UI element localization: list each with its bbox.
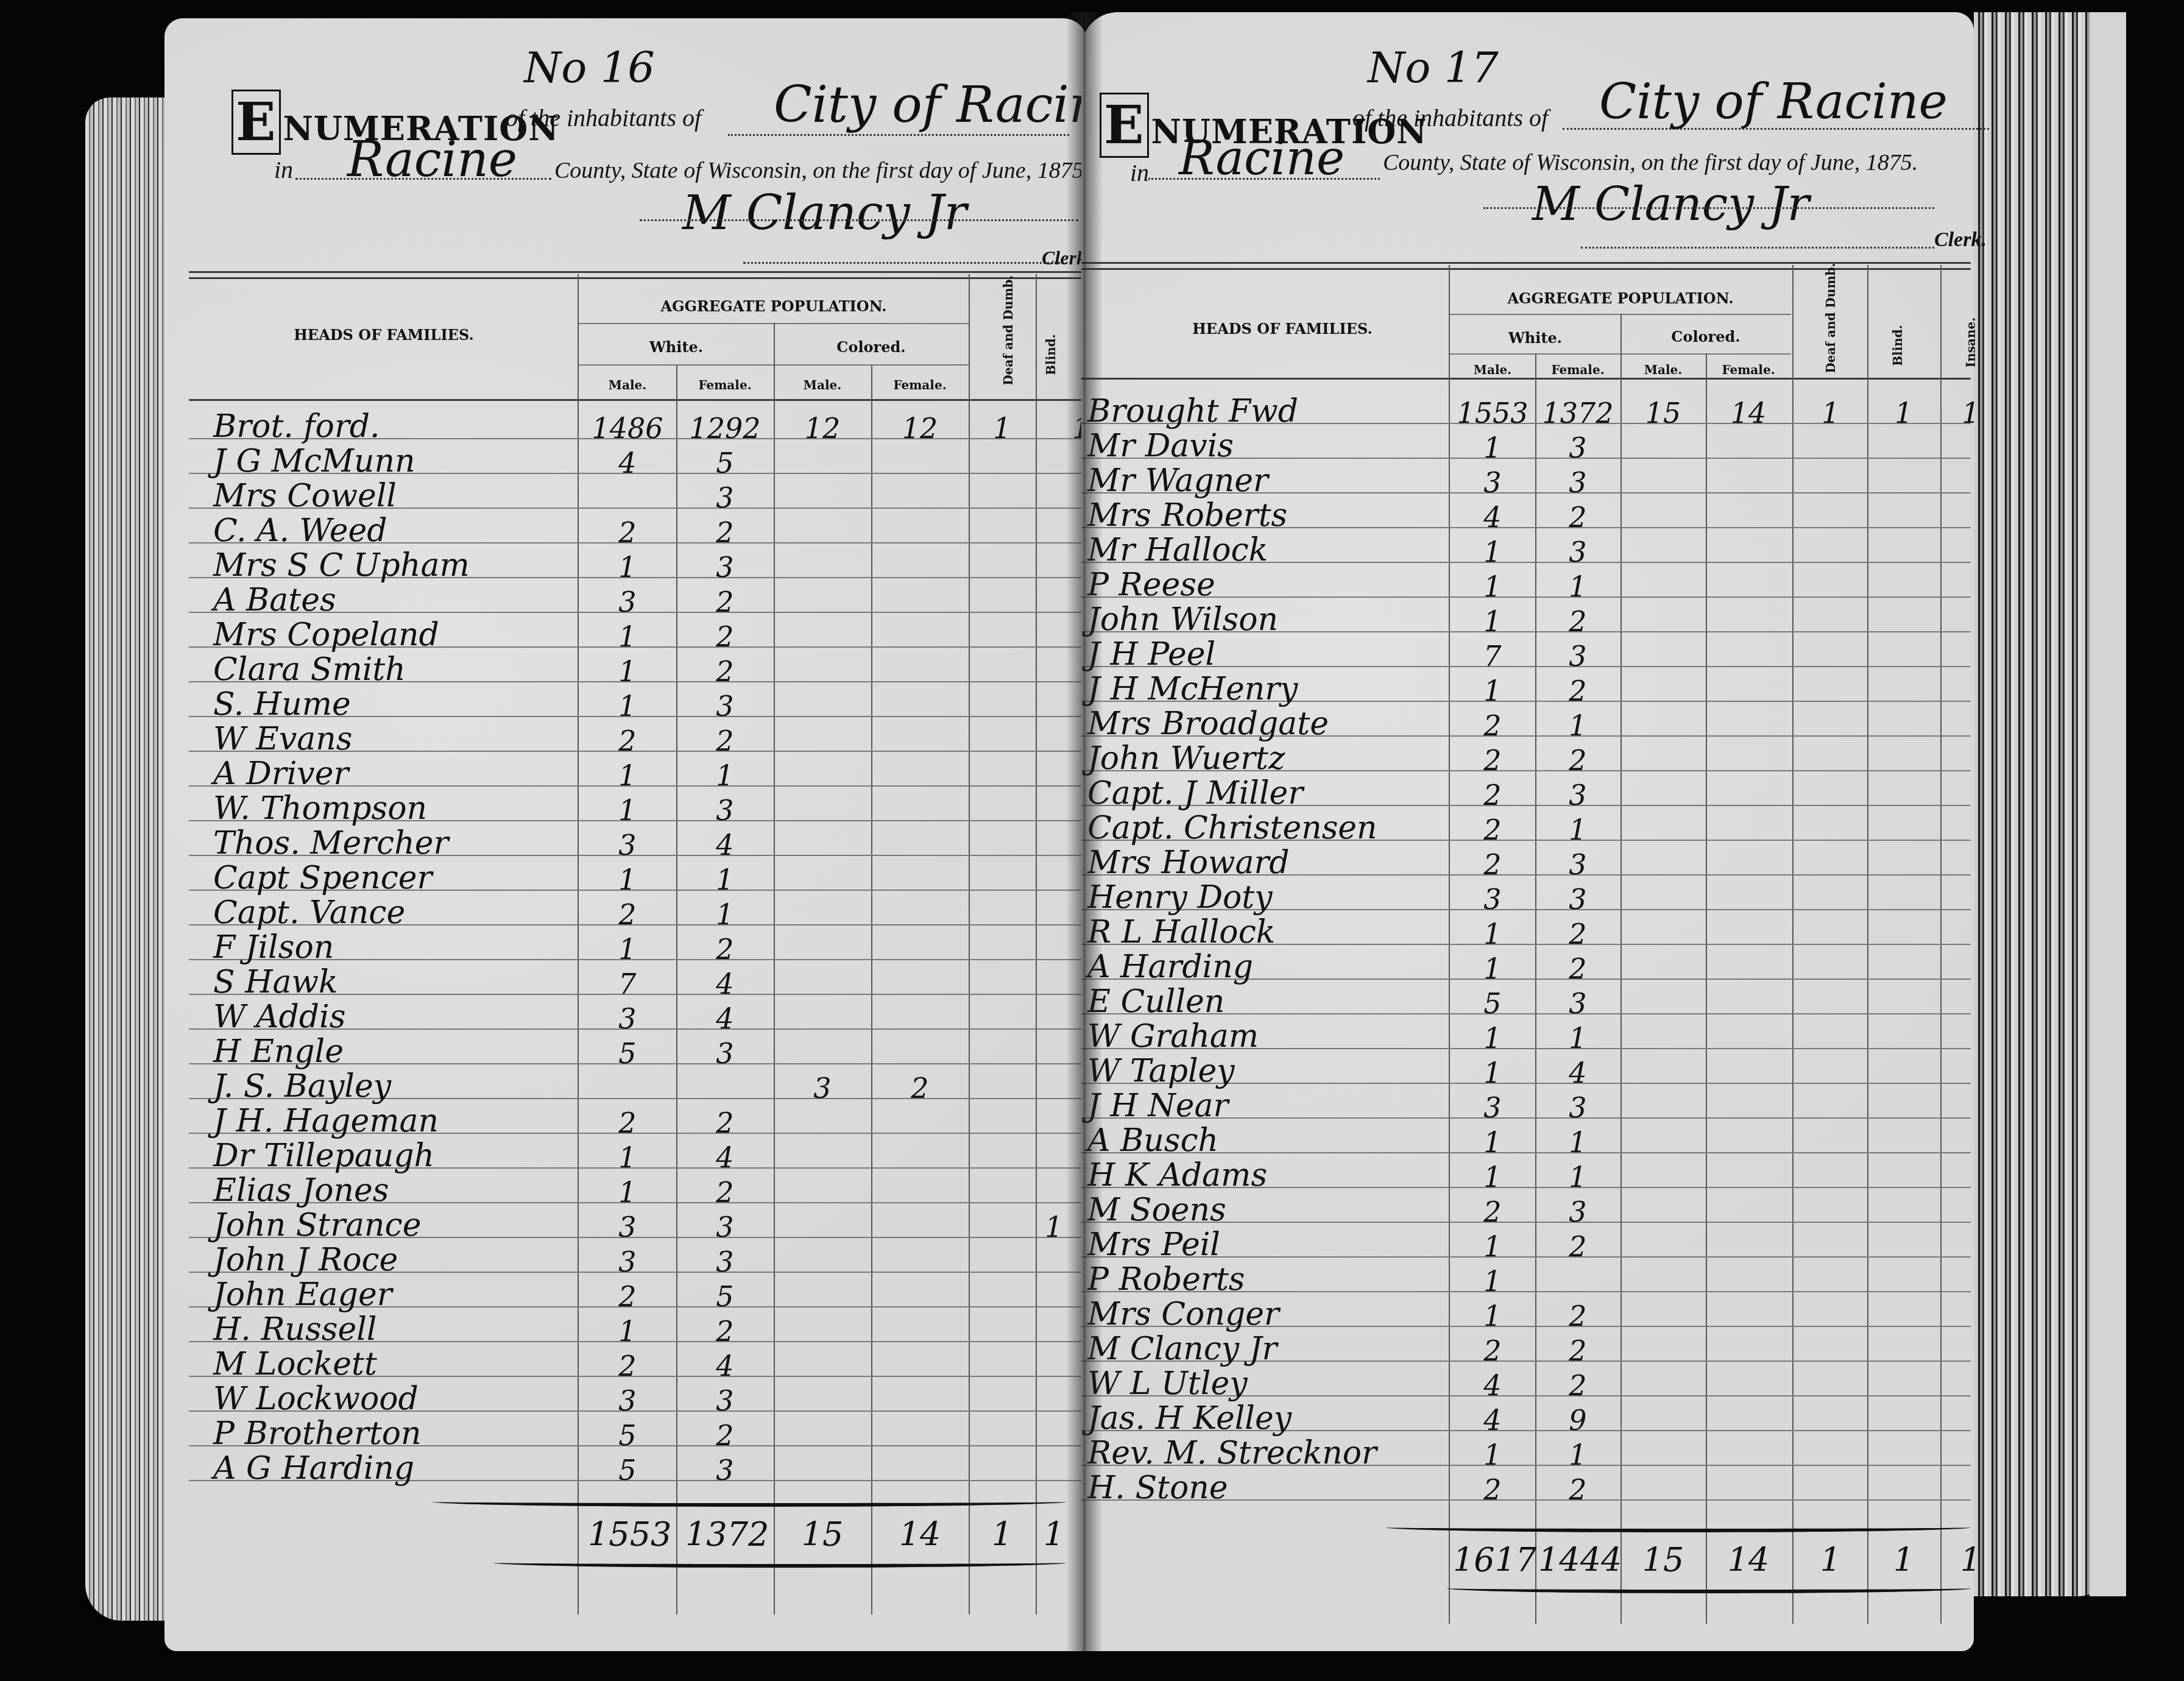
cell-white-female: 2 [1538, 1230, 1617, 1263]
cell-white-male: 1 [588, 759, 667, 792]
cell-white-female: 3 [685, 1454, 765, 1487]
header-top-rule-2 [189, 277, 1084, 279]
blind-header: Blind. [1044, 306, 1058, 403]
cell-white-female: 3 [685, 794, 765, 827]
cell-white-female: 2 [1538, 605, 1617, 638]
cell-white-male: 3 [588, 829, 667, 862]
colored-female-header: Female. [871, 378, 969, 392]
total-white-male: 1617 [1453, 1541, 1532, 1579]
colored-header: Colored. [774, 338, 969, 356]
cell-white-female: 3 [685, 690, 765, 723]
colored-male-header: Male. [774, 378, 871, 392]
cell-white-female: 2 [1538, 674, 1617, 707]
left-page: No 16 ENUMERATION of the inhabitants of … [164, 18, 1087, 1651]
clerk-signature: M Clancy Jr [682, 186, 967, 241]
head-of-family-name: Mrs Cowell [213, 478, 397, 514]
clerk-line [640, 219, 1078, 221]
cell-white-female: 1 [1538, 1022, 1617, 1055]
total-deaf-dumb: 1 [1791, 1541, 1870, 1579]
head-of-family-name: A Busch [1087, 1122, 1218, 1159]
cell-white-female: 1 [1538, 1126, 1617, 1159]
cell-white-male: 4 [1453, 1404, 1532, 1437]
col-rule [676, 366, 677, 1615]
cell-white-male: 1 [588, 863, 667, 896]
cell-white-male: 1 [1453, 431, 1532, 464]
white-male-header: Male. [1450, 363, 1535, 377]
insane-header: Insane. [1963, 297, 1978, 388]
right-page: No 17 ENUMERATION of the inhabitants of … [1081, 12, 1974, 1651]
cell-white-male: 4 [1453, 1369, 1532, 1402]
head-of-family-name: H K Adams [1087, 1157, 1267, 1194]
col-rule [774, 323, 775, 1615]
head-of-family-name: M Clancy Jr [1087, 1331, 1277, 1367]
deaf-dumb-header: Deaf and Dumb. [1001, 251, 1016, 409]
clerk-signature: M Clancy Jr [1532, 177, 1809, 231]
head-of-family-name: W. Thompson [213, 790, 427, 827]
col-rule [969, 274, 970, 1615]
cell-white-male: 3 [588, 1384, 667, 1417]
title-initial: E [231, 90, 281, 155]
head-of-family-name: Mr Hallock [1087, 532, 1268, 568]
cell-white-male: 2 [588, 1106, 667, 1139]
cell-white-male: 3 [588, 586, 667, 618]
head-of-family-name: Thos. Mercher [213, 825, 448, 862]
clerk-label-line [1581, 247, 1934, 249]
head-of-family-name: John Wilson [1087, 601, 1278, 638]
head-of-family-name: A Bates [213, 582, 336, 618]
page-number: No 16 [524, 43, 655, 93]
head-of-family-name: Elias Jones [213, 1172, 389, 1209]
state-date-label: County, State of Wisconsin, on the first… [1383, 149, 1918, 176]
cell-white-male: 2 [1453, 779, 1532, 812]
head-of-family-name: J H Peel [1087, 636, 1215, 673]
head-of-family-name: Capt Spencer [213, 860, 432, 896]
col-rule [1036, 274, 1037, 1615]
cell-white-male: 1 [588, 1141, 667, 1174]
cell-white-male: 1 [588, 794, 667, 827]
cell-colored-female: 12 [880, 412, 959, 445]
head-of-family-name: J H Near [1087, 1088, 1228, 1124]
cell-white-male: 1 [588, 1176, 667, 1209]
cell-white-male: 1 [588, 655, 667, 688]
cell-white-female: 1292 [685, 412, 765, 445]
head-of-family-name: Brought Fwd [1087, 393, 1298, 430]
cell-white-male: 7 [1453, 640, 1532, 673]
total-colored-male: 15 [783, 1515, 862, 1554]
total-rule-bottom [1447, 1584, 1971, 1593]
cell-white-female: 5 [685, 447, 765, 480]
white-header: White. [579, 338, 774, 356]
cell-deaf-dumb: 1 [963, 412, 1042, 445]
cell-white-male: 1 [1453, 1439, 1532, 1471]
head-of-family-name: P Reese [1087, 567, 1215, 603]
head-of-family-name: H Engle [213, 1033, 344, 1070]
cell-white-male: 2 [588, 898, 667, 931]
total-white-female: 1444 [1538, 1541, 1617, 1579]
clerk-label: Clerk. [1934, 228, 1987, 252]
aggregate-population-header: AGGREGATE POPULATION. [579, 297, 969, 315]
cell-white-male: 3 [1453, 883, 1532, 916]
cell-white-male: 1553 [1453, 397, 1532, 430]
cell-white-female: 4 [685, 829, 765, 862]
cell-white-female: 4 [685, 968, 765, 1000]
cell-white-female: 1 [1538, 1161, 1617, 1194]
cell-white-female: 4 [685, 1350, 765, 1382]
head-of-family-name: C. A. Weed [213, 512, 387, 549]
cell-deaf-dumb: 1 [1791, 397, 1870, 430]
cell-white-female: 3 [1538, 1195, 1617, 1228]
cell-white-male: 1486 [588, 412, 667, 445]
aggregate-population-header: AGGREGATE POPULATION. [1450, 289, 1791, 307]
cell-white-male: 3 [1453, 1091, 1532, 1124]
head-of-family-name: Mrs Broadgate [1087, 706, 1329, 742]
cell-white-female: 3 [685, 481, 765, 514]
cell-white-female: 5 [685, 1280, 765, 1313]
county-value: Racine [1179, 131, 1345, 186]
cell-white-male: 1 [588, 690, 667, 723]
total-rule-top [1386, 1523, 1971, 1532]
cell-white-female: 2 [685, 1106, 765, 1139]
cell-white-male: 1 [1453, 1161, 1532, 1194]
deaf-dumb-header: Deaf and Dumb. [1823, 239, 1838, 397]
cell-white-female: 3 [685, 1384, 765, 1417]
head-of-family-name: P Brotherton [213, 1415, 422, 1452]
head-of-family-name: H. Stone [1087, 1470, 1228, 1506]
cell-white-female: 2 [1538, 1300, 1617, 1332]
cell-white-male: 1 [1453, 1265, 1532, 1298]
cell-white-female: 4 [685, 1141, 765, 1174]
cell-white-male: 1 [588, 1315, 667, 1348]
head-of-family-name: A Harding [1087, 949, 1253, 985]
total-white-female: 1372 [685, 1515, 765, 1554]
cell-white-male: 1 [1453, 1056, 1532, 1089]
clerk-line [1483, 207, 1934, 209]
cell-white-male: 7 [588, 968, 667, 1000]
head-of-family-name: R L Hallock [1087, 914, 1275, 950]
cell-white-female: 3 [1538, 431, 1617, 464]
state-date-label: County, State of Wisconsin, on the first… [554, 157, 1089, 184]
cell-white-male: 2 [1453, 1195, 1532, 1228]
cell-white-female: 4 [1538, 1056, 1617, 1089]
head-of-family-name: John Eager [213, 1276, 392, 1313]
cell-colored-male: 3 [783, 1072, 862, 1105]
cell-white-female: 2 [685, 516, 765, 549]
total-colored-female: 14 [880, 1515, 959, 1554]
cell-white-male: 1 [1453, 536, 1532, 568]
head-of-family-name: W Addis [213, 999, 345, 1035]
head-of-family-name: Henry Doty [1087, 879, 1273, 916]
cell-white-female: 1 [685, 863, 765, 896]
head-of-family-name: J H McHenry [1087, 671, 1298, 707]
cell-white-male: 2 [1453, 848, 1532, 881]
cell-white-female: 2 [685, 933, 765, 966]
municipality-value: City of Racine [1599, 73, 1948, 130]
head-of-family-name: J G McMunn [213, 443, 415, 480]
head-of-family-name: Mrs Roberts [1087, 497, 1287, 534]
cell-white-male: 4 [1453, 501, 1532, 534]
cell-white-male: 1 [1453, 605, 1532, 638]
head-of-family-name: Dr Tillepaugh [213, 1138, 434, 1174]
cell-white-female: 3 [1538, 848, 1617, 881]
cell-white-male: 5 [1453, 987, 1532, 1020]
cell-white-female: 3 [1538, 779, 1617, 812]
head-of-family-name: M Soens [1087, 1192, 1226, 1228]
cell-colored-male: 15 [1624, 397, 1703, 430]
head-of-family-name: John J Roce [213, 1242, 398, 1278]
head-of-family-name: P Roberts [1087, 1261, 1245, 1298]
cell-white-female: 1372 [1538, 397, 1617, 430]
head-of-family-name: W L Utley [1087, 1365, 1248, 1402]
cell-white-female: 2 [1538, 918, 1617, 950]
clerk-label-line [743, 262, 1072, 264]
cell-white-female: 2 [685, 1176, 765, 1209]
total-rule-bottom [493, 1558, 1066, 1568]
head-of-family-name: Mrs Howard [1087, 844, 1290, 881]
cell-white-male: 2 [588, 1350, 667, 1382]
cell-white-male: 2 [1453, 744, 1532, 777]
cell-white-female: 2 [1538, 952, 1617, 985]
cell-white-female: 3 [685, 1037, 765, 1070]
cell-white-female: 3 [1538, 640, 1617, 673]
cell-white-male: 1 [1453, 570, 1532, 603]
title-initial: E [1100, 93, 1149, 158]
cell-white-female: 4 [685, 1002, 765, 1035]
municipality-line [728, 134, 1069, 136]
colored-female-header: Female. [1706, 363, 1791, 377]
cell-colored-male: 12 [783, 412, 862, 445]
cell-white-male: 5 [588, 1037, 667, 1070]
cell-white-female: 3 [1538, 987, 1617, 1020]
cell-white-male: 2 [1453, 709, 1532, 742]
head-of-family-name: J. S. Bayley [213, 1068, 391, 1105]
head-of-family-name: W Lockwood [213, 1381, 419, 1417]
cell-white-male: 2 [588, 516, 667, 549]
head-of-family-name: W Graham [1087, 1018, 1259, 1055]
head-of-family-name: H. Russell [213, 1311, 376, 1348]
cell-white-male: 3 [588, 1245, 667, 1278]
col-rule [578, 274, 579, 1615]
cell-white-female: 3 [685, 551, 765, 584]
head-of-family-name: F Jilson [213, 929, 334, 966]
cell-white-male: 1 [588, 933, 667, 966]
head-of-family-name: Mrs S C Upham [213, 547, 470, 584]
cell-white-male: 3 [1453, 466, 1532, 499]
cell-white-male: 1 [1453, 1126, 1532, 1159]
cell-white-female: 2 [685, 655, 765, 688]
cell-white-female: 2 [685, 1315, 765, 1348]
cell-white-female: 2 [685, 620, 765, 653]
cell-white-male: 2 [588, 724, 667, 757]
head-of-family-name: Brot. ford. [213, 408, 380, 445]
cell-white-female: 1 [1538, 1439, 1617, 1471]
in-label: in [1130, 158, 1149, 187]
county-value: Racine [347, 131, 517, 188]
cell-white-male: 1 [1453, 1230, 1532, 1263]
cell-white-female: 1 [685, 898, 765, 931]
cell-white-female: 3 [1538, 536, 1617, 568]
cell-white-male: 1 [1453, 1022, 1532, 1055]
white-female-header: Female. [676, 378, 774, 392]
total-colored-female: 14 [1709, 1541, 1788, 1579]
page-number: No 17 [1368, 43, 1499, 93]
col-rule [1535, 353, 1536, 1624]
head-of-family-name: Clara Smith [213, 651, 406, 688]
cell-white-male: 4 [588, 447, 667, 480]
head-of-family-name: Mrs Conger [1087, 1296, 1279, 1332]
colored-header: Colored. [1620, 328, 1791, 345]
cell-white-male: 1 [1453, 952, 1532, 985]
head-of-family-name: E Cullen [1087, 983, 1225, 1020]
cell-white-female: 2 [1538, 744, 1617, 777]
head-of-family-name: John Strance [213, 1207, 421, 1244]
cell-white-female: 3 [685, 1211, 765, 1244]
cell-white-female: 2 [1538, 1473, 1617, 1506]
cell-white-male: 1 [1453, 1300, 1532, 1332]
header-bottom-rule [189, 399, 1084, 401]
right-edge-strip [2090, 12, 2126, 1596]
head-of-family-name: Mr Davis [1087, 428, 1234, 464]
cell-colored-female: 14 [1709, 397, 1788, 430]
white-female-header: Female. [1535, 363, 1620, 377]
cell-colored-female: 2 [880, 1072, 959, 1105]
head-of-family-name: W Tapley [1087, 1053, 1235, 1089]
head-of-family-name: J H. Hageman [213, 1103, 439, 1139]
col-rule [1706, 353, 1707, 1624]
head-of-family-name: Capt. Christensen [1087, 810, 1377, 846]
cell-white-male: 5 [588, 1454, 667, 1487]
total-rule-top [433, 1497, 1066, 1507]
head-of-family-name: Jas. H Kelley [1087, 1400, 1292, 1437]
cell-white-female: 2 [1538, 1334, 1617, 1367]
head-of-family-name: Mrs Peil [1087, 1226, 1220, 1263]
blind-header: Blind. [1890, 303, 1905, 388]
cell-white-female: 9 [1538, 1404, 1617, 1437]
colored-male-header: Male. [1620, 363, 1706, 377]
head-of-family-name: A Driver [213, 756, 348, 792]
heads-of-families-header: HEADS OF FAMILIES. [1118, 320, 1447, 338]
cell-white-male: 1 [588, 620, 667, 653]
cell-white-female: 2 [1538, 501, 1617, 534]
total-insane: 1 [1931, 1541, 2010, 1579]
total-white-male: 1553 [588, 1515, 667, 1554]
census-book-scan: No 16 ENUMERATION of the inhabitants of … [0, 0, 2184, 1681]
cell-white-female: 2 [685, 1419, 765, 1452]
white-male-header: Male. [579, 378, 676, 392]
in-label: in [274, 155, 293, 184]
white-header: White. [1450, 329, 1620, 347]
total-colored-male: 15 [1624, 1541, 1703, 1579]
inhabitants-label: of the inhabitants of [1352, 104, 1548, 132]
head-of-family-name: S Hawk [213, 964, 338, 1000]
cell-white-male: 3 [588, 1002, 667, 1035]
cell-white-male: 2 [588, 1280, 667, 1313]
cell-white-male: 2 [1453, 813, 1532, 846]
cell-white-male: 1 [1453, 918, 1532, 950]
head-of-family-name: Mrs Copeland [213, 617, 439, 653]
cell-white-female: 1 [1538, 570, 1617, 603]
cell-white-male: 2 [1453, 1473, 1532, 1506]
cell-white-male: 5 [588, 1419, 667, 1452]
head-of-family-name: Mr Wagner [1087, 462, 1268, 499]
head-of-family-name: Rev. M. Strecknor [1087, 1435, 1377, 1471]
head-of-family-name: A G Harding [213, 1450, 414, 1487]
cell-white-female: 2 [1538, 1369, 1617, 1402]
header-top-rule [189, 271, 1084, 273]
cell-white-female: 1 [1538, 709, 1617, 742]
inhabitants-label: of the inhabitants of [506, 104, 701, 132]
cell-white-male: 2 [1453, 1334, 1532, 1367]
cell-white-male: 1 [588, 551, 667, 584]
head-of-family-name: M Lockett [213, 1346, 377, 1382]
cell-white-female: 3 [1538, 883, 1617, 916]
cell-white-female: 3 [1538, 466, 1617, 499]
col-rule [1620, 314, 1622, 1624]
cell-white-female: 3 [1538, 1091, 1617, 1124]
cell-white-male: 3 [588, 1211, 667, 1244]
cell-white-male: 1 [1453, 674, 1532, 707]
book-gutter [1066, 12, 1103, 1651]
head-of-family-name: Capt. J Miller [1087, 775, 1303, 812]
head-of-family-name: W Evans [213, 721, 353, 757]
head-of-family-name: S. Hume [213, 686, 351, 723]
cell-white-female: 2 [685, 724, 765, 757]
cell-insane: 1 [1931, 397, 2010, 430]
cell-white-female: 1 [685, 759, 765, 792]
head-of-family-name: John Wuertz [1087, 740, 1285, 777]
cell-white-female: 2 [685, 586, 765, 618]
head-of-family-name: Capt. Vance [213, 894, 405, 931]
heads-of-families-header: HEADS OF FAMILIES. [201, 326, 567, 344]
cell-white-female: 1 [1538, 813, 1617, 846]
cell-white-female: 3 [685, 1245, 765, 1278]
col-rule [871, 366, 872, 1615]
